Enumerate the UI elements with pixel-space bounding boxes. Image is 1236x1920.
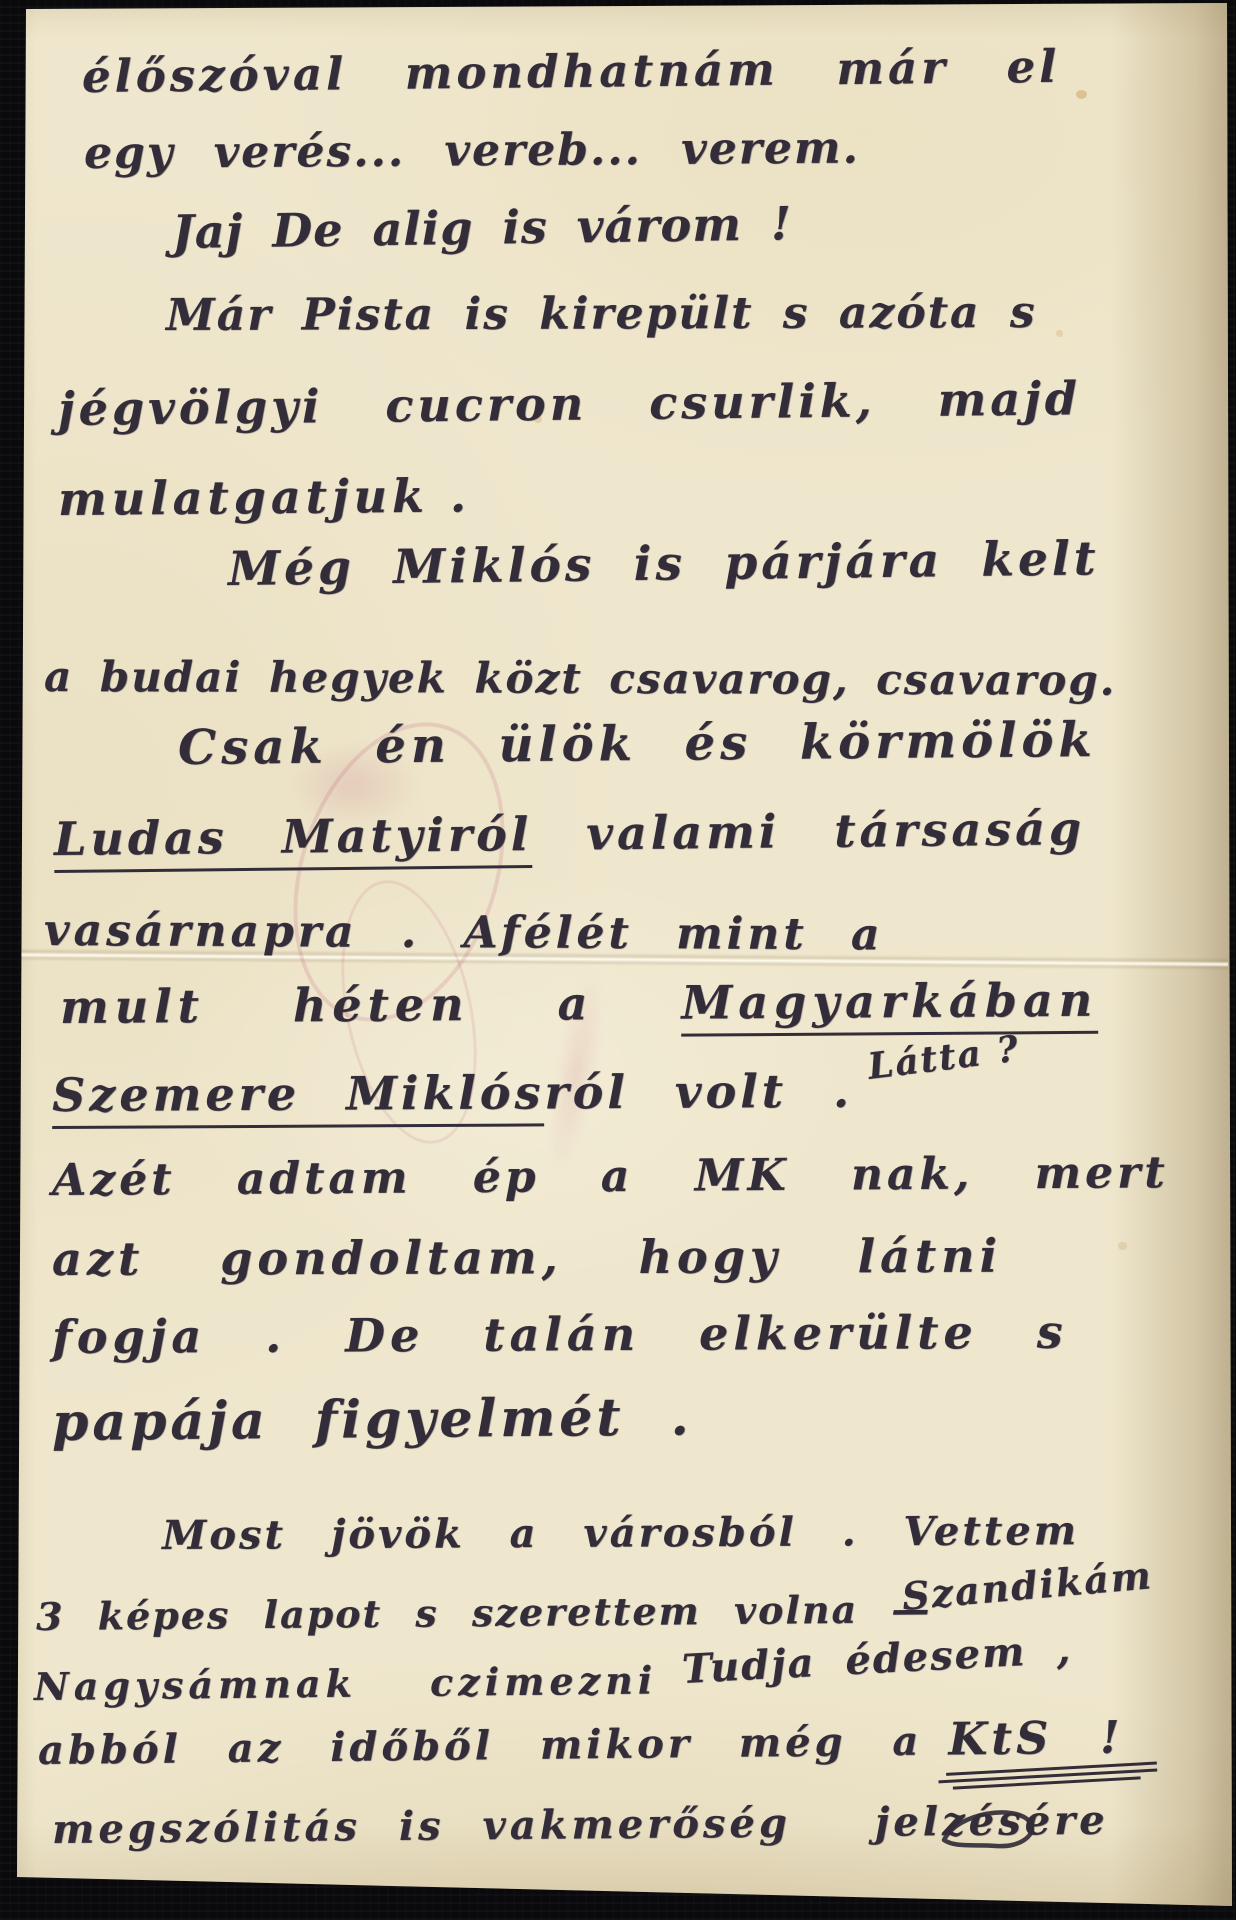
handwriting-line: azt gondoltam, hogy látni — [52, 1229, 1002, 1286]
handwriting-line: Most jövök a városból . Vettem — [162, 1507, 1079, 1559]
handwriting-line: Már Pista is kirepült s azóta s — [166, 287, 1037, 341]
handwriting-line: jégvölgyi cucron csurlik, majd — [58, 371, 1081, 436]
handwriting-line: Szemere Miklósról volt . — [52, 1064, 853, 1122]
handwriting-line: papája figyelmét . — [52, 1386, 693, 1453]
margin-note: Tudja édesem , — [681, 1626, 1073, 1693]
handwriting-line: Azét adtam ép a MK nak, mert — [52, 1147, 1169, 1206]
paper-stain — [1056, 330, 1063, 337]
handwriting-line: egy verés... vereb... verem. — [84, 123, 860, 179]
underlined-phrase: Szemere Miklós — [52, 1065, 545, 1132]
handwriting-line: élőszóval mondhatnám már el — [82, 40, 1061, 103]
line-text: ról volt . — [544, 1064, 853, 1120]
handwriting-line: vasárnapra . Afélét mint a — [44, 905, 884, 960]
paper-stain — [1076, 90, 1087, 99]
letter-paper: élőszóval mondhatnám már el egy verés...… — [0, 0, 1236, 1920]
line-text: megszólitás is vakmerőség — [52, 1800, 791, 1853]
pen-flourish — [938, 1806, 1050, 1860]
right-fold-shadow — [1108, 0, 1232, 1920]
line-text: abból az időből mikor még a — [38, 1718, 923, 1774]
handwriting-line: Csak én ülök és körmölök — [178, 712, 1097, 776]
handwriting-line: a budai hegyek közt csavarog, csavarog. — [44, 652, 1117, 705]
paper-stain — [1118, 1242, 1127, 1250]
handwriting-line: mulatgatjuk . — [58, 468, 471, 526]
handwriting-line: Ludas Matyiról valami társaság — [54, 801, 1086, 866]
handwriting-line: 3 képes lapot s szerettem volna — — [36, 1586, 932, 1639]
handwriting-line: Nagysámnak czimezni — [34, 1657, 658, 1709]
underlined-phrase: Ludas Matyiról — [54, 807, 533, 876]
underlined-phrase: Magyarkában — [681, 973, 1098, 1040]
emphasized-initials: KtS ! — [948, 1711, 1124, 1766]
scan-background: élőszóval mondhatnám már el egy verés...… — [0, 0, 1236, 1920]
handwriting-line: Jaj De alig is várom ! — [172, 196, 793, 259]
line-text: valami társaság — [532, 801, 1085, 861]
line-text: mult héten a — [60, 976, 682, 1034]
margin-note: Szandikám — [900, 1552, 1154, 1619]
handwriting-line: abból az időből mikor még aKtS ! — [38, 1711, 1124, 1775]
handwriting-line: Még Miklós is párjára kelt — [228, 531, 1100, 597]
handwriting-line: fogja . De talán elkerülte s — [52, 1305, 1068, 1364]
handwriting-line: mult héten a Magyarkában — [60, 973, 1098, 1034]
